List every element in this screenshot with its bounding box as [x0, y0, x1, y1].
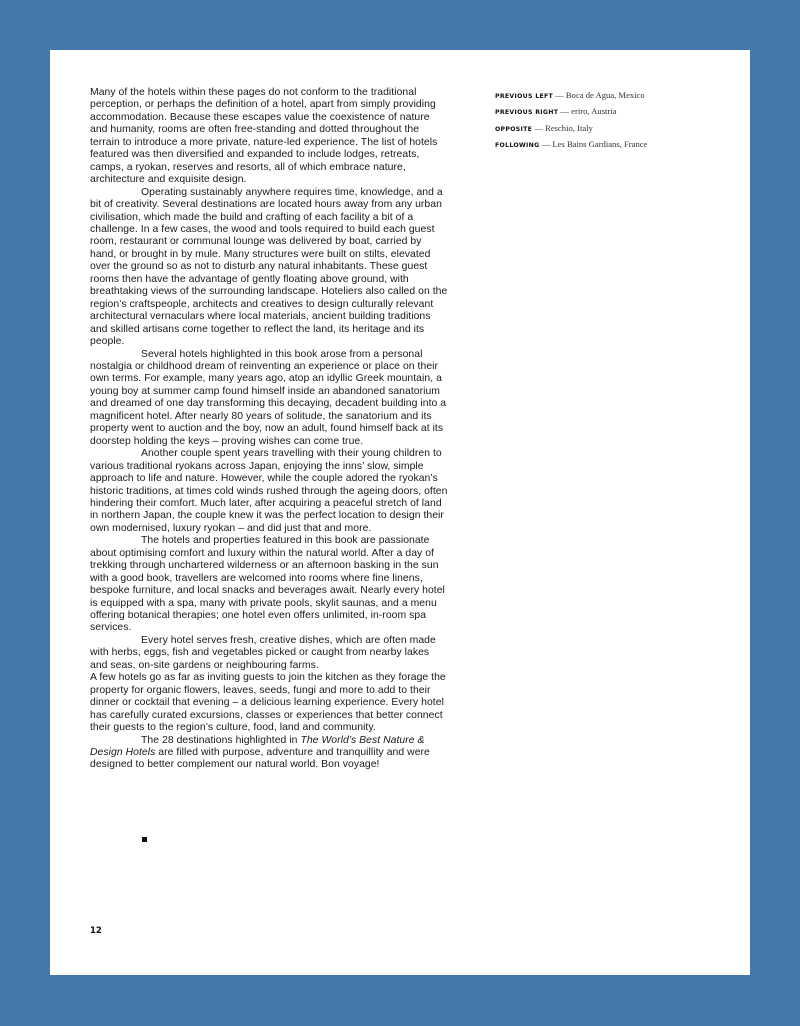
- paragraph-1: Many of the hotels within these pages do…: [90, 87, 448, 187]
- final-lead: The 28 destinations highlighted in: [141, 735, 300, 746]
- paragraph-final: The 28 destinations highlighted in The W…: [90, 735, 448, 772]
- end-of-text-square-icon: [142, 837, 147, 842]
- image-captions: Previous left — Boca de Agua, Mexico Pre…: [495, 88, 735, 153]
- paragraph-4: Another couple spent years travelling wi…: [90, 448, 448, 535]
- caption-previous-left: Previous left — Boca de Agua, Mexico: [495, 88, 735, 104]
- caption-following: Following — Les Bains Gardians, France: [495, 137, 735, 153]
- paragraph-7: A few hotels go as far as inviting guest…: [90, 672, 448, 734]
- body-text-column: Many of the hotels within these pages do…: [90, 87, 448, 772]
- page-number: 12: [90, 926, 102, 936]
- paragraph-6: Every hotel serves fresh, creative dishe…: [90, 635, 448, 672]
- paragraph-3: Several hotels highlighted in this book …: [90, 349, 448, 449]
- paragraph-5: The hotels and properties featured in th…: [90, 535, 448, 635]
- paragraph-2: Operating sustainably anywhere requires …: [90, 187, 448, 349]
- caption-opposite: Opposite — Reschio, Italy: [495, 121, 735, 137]
- book-page: Many of the hotels within these pages do…: [50, 50, 750, 975]
- caption-previous-right: Previous right — eriro, Austria: [495, 104, 735, 120]
